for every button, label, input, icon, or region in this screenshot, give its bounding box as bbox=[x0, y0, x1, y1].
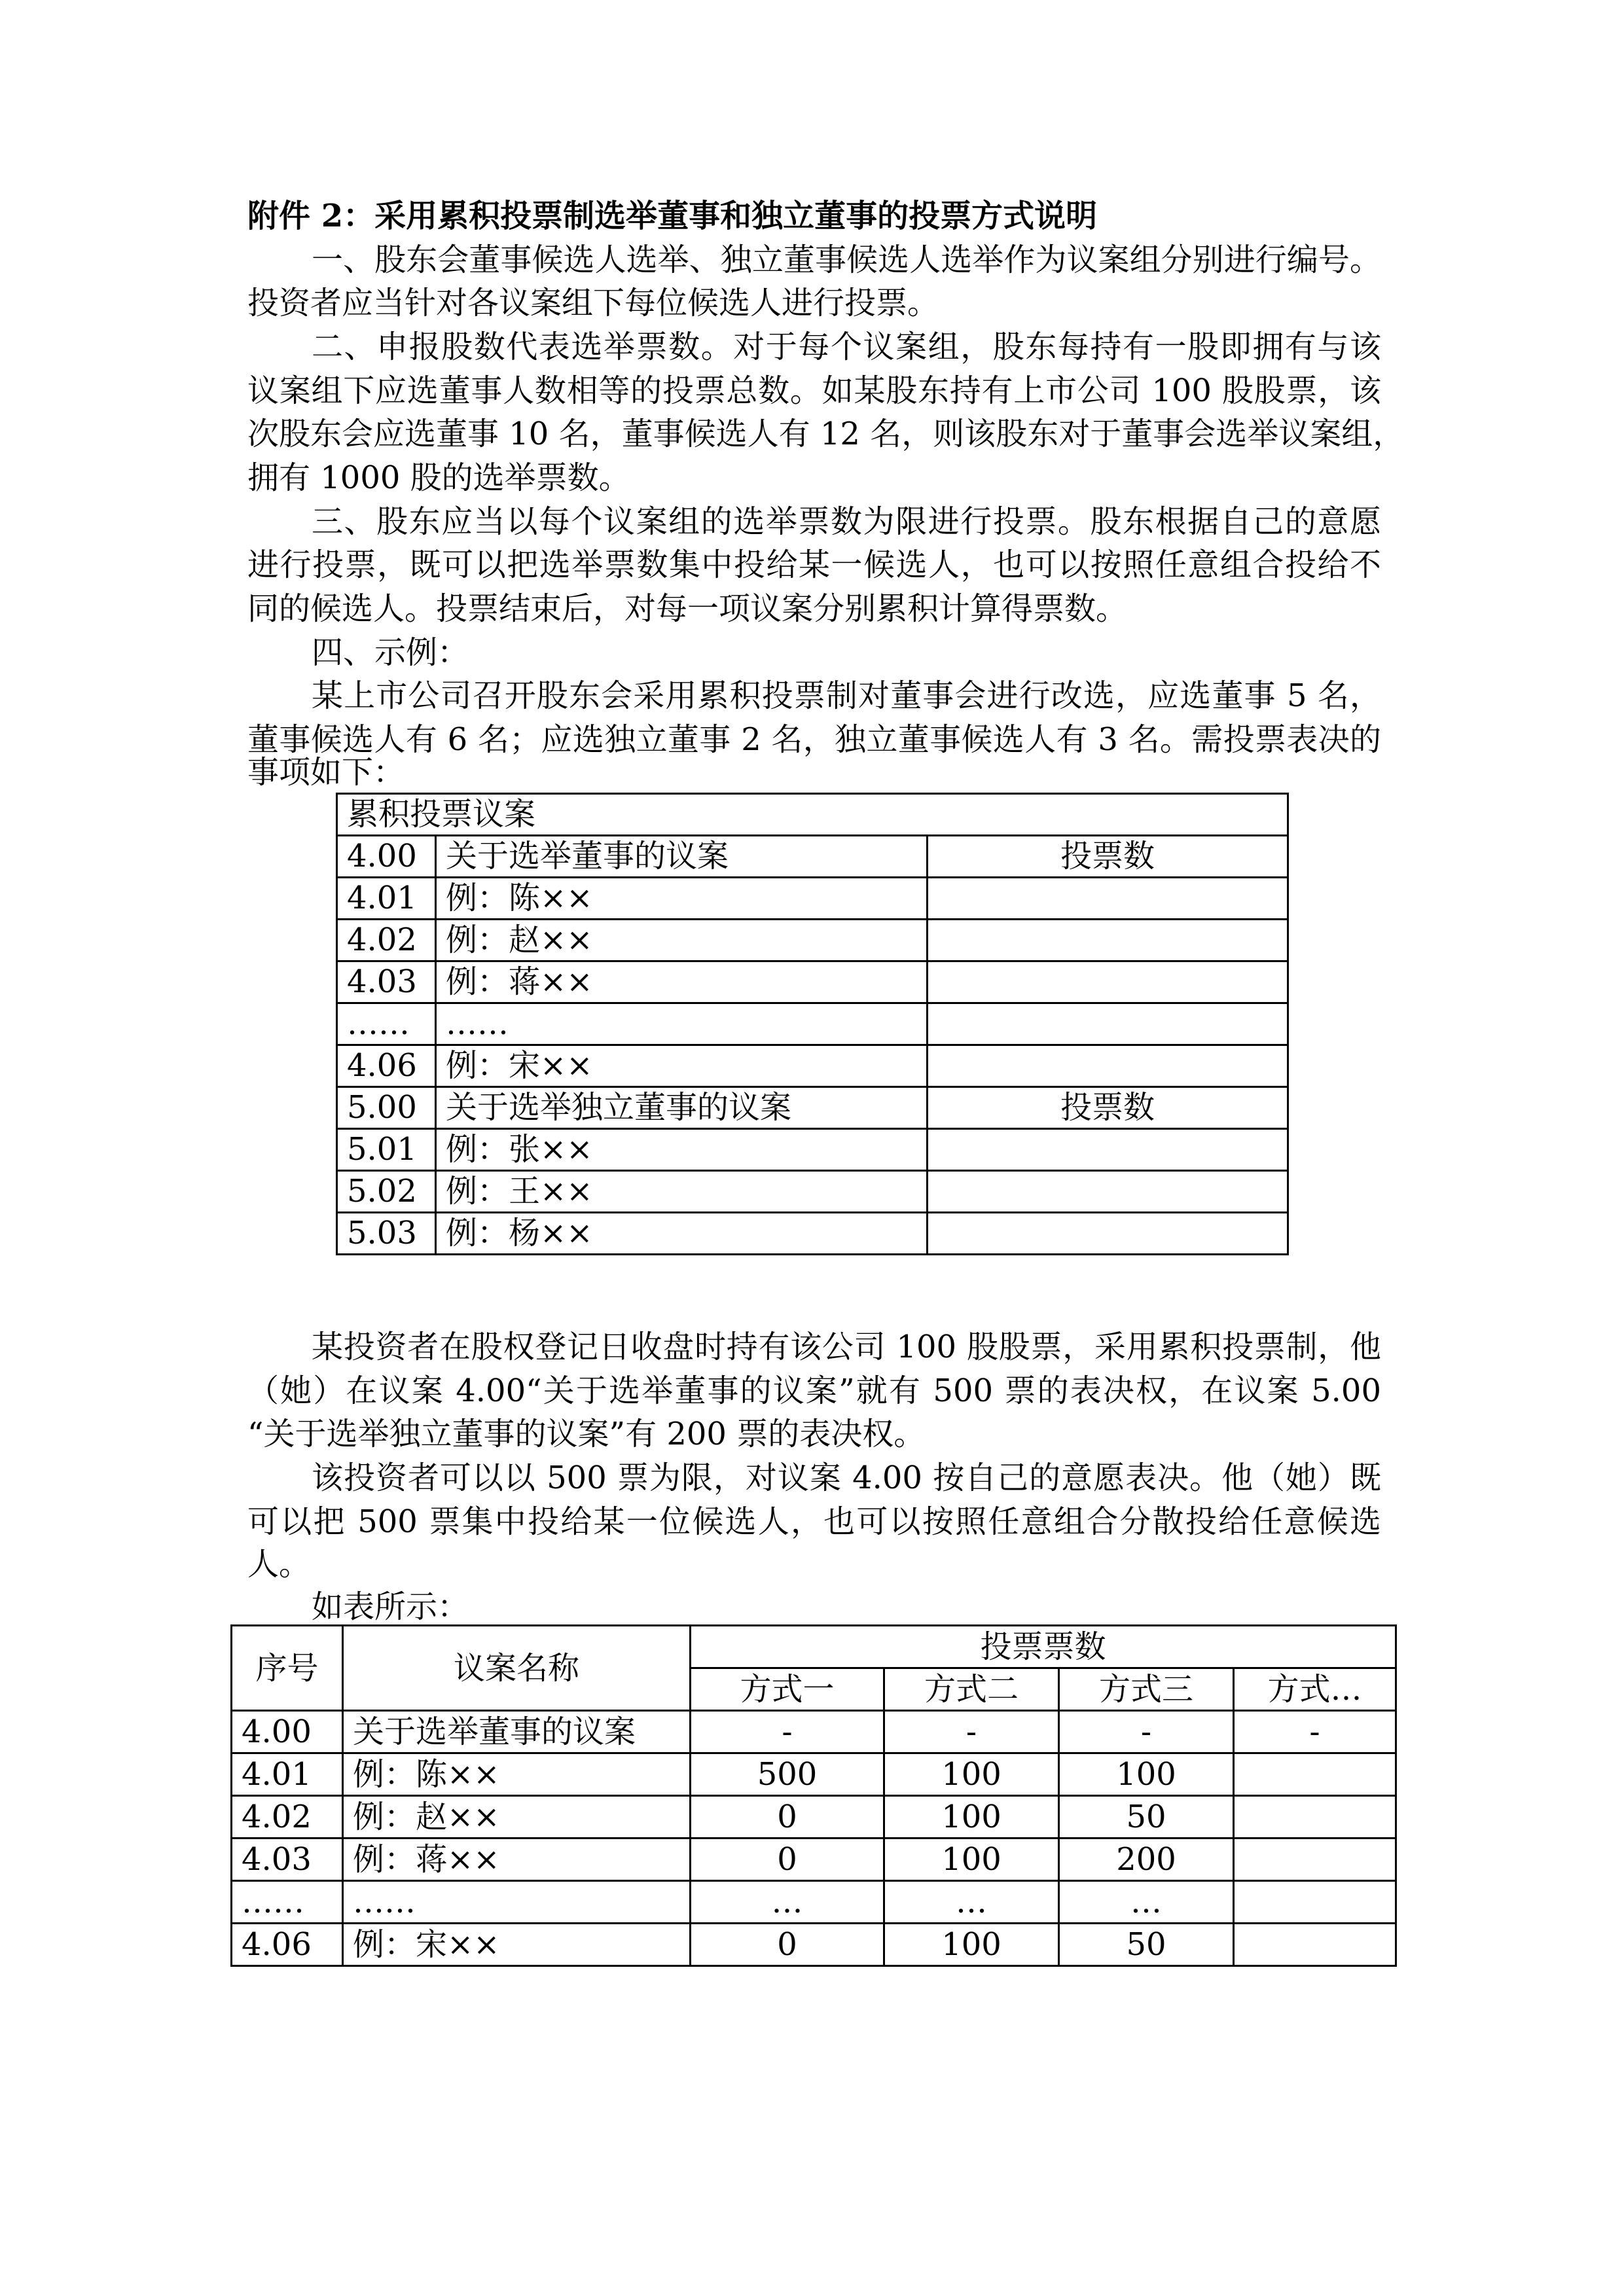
section-heading-example: 四、示例： bbox=[247, 631, 1381, 674]
paragraph-line: （她）在议案 4.00“关于选举董事的议案”就有 500 票的表决权，在议案 5… bbox=[247, 1369, 1381, 1412]
table-caption: 累积投票议案 bbox=[337, 794, 1288, 836]
table-row: 5.02 例：王×× bbox=[337, 1171, 1288, 1213]
vote-count-cell[interactable] bbox=[928, 1045, 1288, 1087]
paragraph-line: “关于选举独立董事的议案”有 200 票的表决权。 bbox=[247, 1412, 1381, 1456]
candidate-name: 例：宋×× bbox=[343, 1924, 691, 1966]
proposal-code: …… bbox=[337, 1003, 436, 1045]
column-header-method-3: 方式三 bbox=[1059, 1668, 1234, 1711]
paragraph-line: 某投资者在股权登记日收盘时持有该公司 100 股股票，采用累积投票制，他 bbox=[247, 1325, 1381, 1369]
paragraph-line: 同的候选人。投票结束后，对每一项议案分别累积计算得票数。 bbox=[247, 587, 1381, 630]
paragraph-line: 进行投票，既可以把选举票数集中投给某一候选人，也可以按照任意组合投给不 bbox=[247, 543, 1381, 586]
method-2-votes: 100 bbox=[884, 1796, 1059, 1839]
table-row: 5.03 例：杨×× bbox=[337, 1213, 1288, 1255]
method-1-votes: 500 bbox=[691, 1753, 884, 1796]
table-row: 4.03 例：蒋×× bbox=[337, 961, 1288, 1003]
proposal-code: 4.01 bbox=[232, 1753, 343, 1796]
proposal-code: 4.00 bbox=[232, 1711, 343, 1753]
paragraph-line: 拥有 1000 股的选举票数。 bbox=[247, 456, 1381, 499]
proposal-name: 关于选举董事的议案 bbox=[436, 836, 928, 878]
paragraph-line: 三、股东应当以每个议案组的选举票数为限进行投票。股东根据自己的意愿 bbox=[247, 500, 1381, 543]
method-1-votes: - bbox=[691, 1711, 884, 1753]
column-header-seq: 序号 bbox=[232, 1626, 343, 1711]
candidate-name: 例：蒋×× bbox=[436, 961, 928, 1003]
proposal-code: …… bbox=[232, 1881, 343, 1924]
method-more-votes bbox=[1234, 1753, 1396, 1796]
method-1-votes: 0 bbox=[691, 1924, 884, 1966]
proposal-code: 4.06 bbox=[232, 1924, 343, 1966]
proposal-code: 4.03 bbox=[337, 961, 436, 1003]
proposal-code: 4.02 bbox=[337, 920, 436, 961]
method-3-votes: 200 bbox=[1059, 1839, 1234, 1881]
column-header-votes: 投票票数 bbox=[691, 1626, 1396, 1668]
method-3-votes: 50 bbox=[1059, 1924, 1234, 1966]
proposal-table: 累积投票议案 4.00 关于选举董事的议案 投票数 4.01 例：陈×× 4.0… bbox=[336, 793, 1289, 1255]
candidate-name: 例：赵×× bbox=[343, 1796, 691, 1839]
table-row: 4.02 例：赵×× 0 100 50 bbox=[232, 1796, 1396, 1839]
proposal-code: 5.03 bbox=[337, 1213, 436, 1255]
method-3-votes: 50 bbox=[1059, 1796, 1234, 1839]
proposal-code: 4.02 bbox=[232, 1796, 343, 1839]
table-row: 4.00 关于选举董事的议案 - - - - bbox=[232, 1711, 1396, 1753]
method-3-votes: 100 bbox=[1059, 1753, 1234, 1796]
proposal-code: 5.01 bbox=[337, 1129, 436, 1171]
table-row: 5.00 关于选举独立董事的议案 投票数 bbox=[337, 1087, 1288, 1129]
candidate-name: 例：蒋×× bbox=[343, 1839, 691, 1881]
vote-count-cell[interactable] bbox=[928, 920, 1288, 961]
method-more-votes bbox=[1234, 1796, 1396, 1839]
paragraph-line: 投资者应当针对各议案组下每位候选人进行投票。 bbox=[247, 281, 1381, 325]
paragraph-line: 二、申报股数代表选举票数。对于每个议案组，股东每持有一股即拥有与该 bbox=[247, 325, 1381, 368]
method-1-votes: 0 bbox=[691, 1796, 884, 1839]
column-header-method-more: 方式… bbox=[1234, 1668, 1396, 1711]
column-header-method-2: 方式二 bbox=[884, 1668, 1059, 1711]
table-row: 4.06 例：宋×× 0 100 50 bbox=[232, 1924, 1396, 1966]
candidate-name: 例：赵×× bbox=[436, 920, 928, 961]
table-row: …… …… bbox=[337, 1003, 1288, 1045]
table-caption-row: 累积投票议案 bbox=[337, 794, 1288, 836]
paragraph-line: 某上市公司召开股东会采用累积投票制对董事会进行改选，应选董事 5 名， bbox=[247, 674, 1381, 717]
table-row: 5.01 例：张×× bbox=[337, 1129, 1288, 1171]
candidate-name: 例：王×× bbox=[436, 1171, 928, 1213]
proposal-code: 4.00 bbox=[337, 836, 436, 878]
proposal-code: 4.03 bbox=[232, 1839, 343, 1881]
voting-example-table: 序号 议案名称 投票票数 方式一 方式二 方式三 方式… 4.00 关于选举董事… bbox=[230, 1624, 1397, 1967]
method-2-votes: - bbox=[884, 1711, 1059, 1753]
document-title: 附件 2：采用累积投票制选举董事和独立董事的投票方式说明 bbox=[247, 194, 1381, 238]
table-row: …… …… … … … bbox=[232, 1881, 1396, 1924]
proposal-code: 4.01 bbox=[337, 878, 436, 920]
candidate-name: 例：张×× bbox=[436, 1129, 928, 1171]
candidate-name: 例：宋×× bbox=[436, 1045, 928, 1087]
table-row: 4.00 关于选举董事的议案 投票数 bbox=[337, 836, 1288, 878]
method-3-votes: … bbox=[1059, 1881, 1234, 1924]
paragraph-line: 该投资者可以以 500 票为限，对议案 4.00 按自己的意愿表决。他（她）既 bbox=[247, 1456, 1381, 1499]
candidate-name: 例：陈×× bbox=[343, 1753, 691, 1796]
method-more-votes bbox=[1234, 1924, 1396, 1966]
proposal-code: 5.02 bbox=[337, 1171, 436, 1213]
method-2-votes: 100 bbox=[884, 1753, 1059, 1796]
paragraph-line: 一、股东会董事候选人选举、独立董事候选人选举作为议案组分别进行编号。 bbox=[247, 238, 1381, 281]
method-more-votes: - bbox=[1234, 1711, 1396, 1753]
table-row: 4.01 例：陈×× bbox=[337, 878, 1288, 920]
proposal-code: 4.06 bbox=[337, 1045, 436, 1087]
method-2-votes: 100 bbox=[884, 1924, 1059, 1966]
table-row: 4.03 例：蒋×× 0 100 200 bbox=[232, 1839, 1396, 1881]
paragraph-line: 事项如下： bbox=[247, 751, 1381, 794]
paragraph-line: 议案组下应选董事人数相等的投票总数。如某股东持有上市公司 100 股股票，该 bbox=[247, 369, 1381, 412]
candidate-name: …… bbox=[436, 1003, 928, 1045]
table-row: 4.01 例：陈×× 500 100 100 bbox=[232, 1753, 1396, 1796]
candidate-name: …… bbox=[343, 1881, 691, 1924]
method-3-votes: - bbox=[1059, 1711, 1234, 1753]
paragraph-line: 人。 bbox=[247, 1543, 1381, 1586]
vote-count-cell[interactable] bbox=[928, 1213, 1288, 1255]
table-header-row: 序号 议案名称 投票票数 bbox=[232, 1626, 1396, 1668]
candidate-name: 例：杨×× bbox=[436, 1213, 928, 1255]
method-more-votes bbox=[1234, 1881, 1396, 1924]
proposal-name: 关于选举董事的议案 bbox=[343, 1711, 691, 1753]
vote-count-cell[interactable] bbox=[928, 961, 1288, 1003]
vote-count-header: 投票数 bbox=[928, 1087, 1288, 1129]
vote-count-cell[interactable] bbox=[928, 878, 1288, 920]
proposal-code: 5.00 bbox=[337, 1087, 436, 1129]
vote-count-cell[interactable] bbox=[928, 1171, 1288, 1213]
method-1-votes: … bbox=[691, 1881, 884, 1924]
paragraph-line: 如表所示： bbox=[247, 1585, 1381, 1628]
column-header-method-1: 方式一 bbox=[691, 1668, 884, 1711]
method-2-votes: … bbox=[884, 1881, 1059, 1924]
method-1-votes: 0 bbox=[691, 1839, 884, 1881]
table-row: 4.06 例：宋×× bbox=[337, 1045, 1288, 1087]
paragraph-line: 可以把 500 票集中投给某一位候选人，也可以按照任意组合分散投给任意候选 bbox=[247, 1500, 1381, 1543]
table-row: 4.02 例：赵×× bbox=[337, 920, 1288, 961]
vote-count-header: 投票数 bbox=[928, 836, 1288, 878]
method-more-votes bbox=[1234, 1839, 1396, 1881]
paragraph-line: 次股东会应选董事 10 名，董事候选人有 12 名，则该股东对于董事会选举议案组… bbox=[247, 412, 1381, 456]
vote-count-cell[interactable] bbox=[928, 1129, 1288, 1171]
vote-count-cell[interactable] bbox=[928, 1003, 1288, 1045]
candidate-name: 例：陈×× bbox=[436, 878, 928, 920]
proposal-name: 关于选举独立董事的议案 bbox=[436, 1087, 928, 1129]
method-2-votes: 100 bbox=[884, 1839, 1059, 1881]
column-header-name: 议案名称 bbox=[343, 1626, 691, 1711]
